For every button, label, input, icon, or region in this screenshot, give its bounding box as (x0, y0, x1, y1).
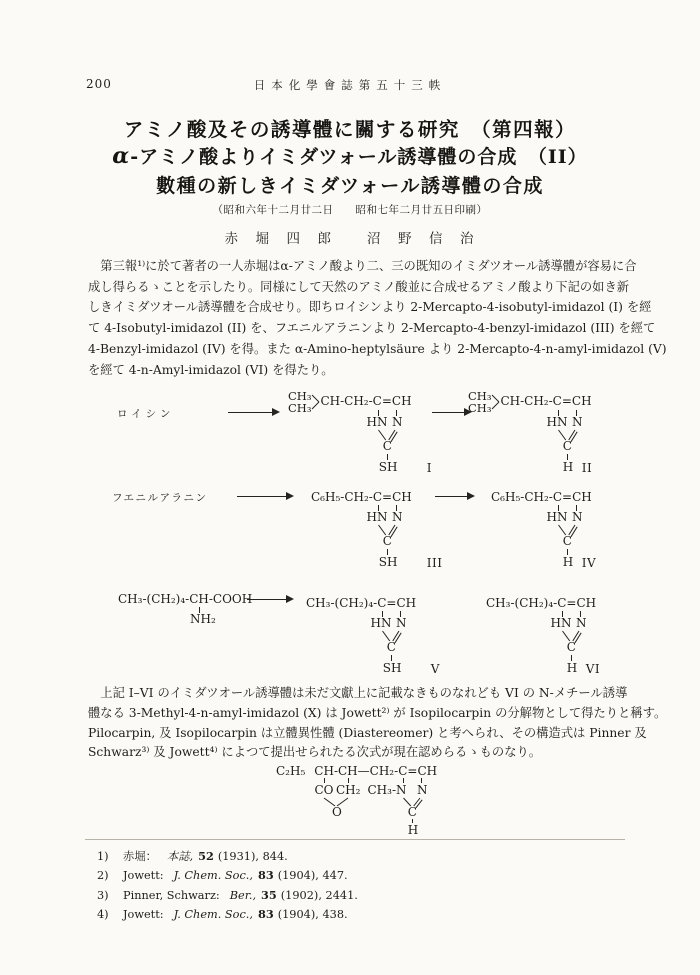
atom-label: C (383, 535, 392, 548)
paragraph-2: 上記 I–VI のイミダツオール誘導體は未だ文獻上に記載なきものなれども VI … (88, 684, 666, 763)
footnote-volume: 35 (261, 886, 277, 905)
atom-label: HN (371, 617, 392, 630)
atom-label: N (572, 416, 583, 429)
atom-label: H (563, 556, 573, 569)
authors: 赤 堀 四 郎沼 野 信 治 (0, 227, 700, 247)
title-line-1: アミノ酸及その誘導體に關する研究 （第四報） (0, 114, 700, 142)
atom-label: HN (367, 416, 388, 429)
author-name-2: 沼 野 信 治 (367, 231, 476, 247)
footnote-volume: 83 (258, 866, 274, 885)
footnote-2: 2)Jowett:J. Chem. Soc.,83(1904), 447. (97, 866, 358, 885)
atom-label: HN (367, 511, 388, 524)
footnote-number: 2) (97, 866, 123, 885)
roman-numeral: II (582, 462, 592, 475)
reaction-arrow (435, 496, 473, 497)
atom-label: HN (547, 416, 568, 429)
structure-III: C₆H₅-CH₂-C=CHHNNCSHIII (311, 490, 412, 504)
structure-VI: CH₃-(CH₂)₄-C=CHHNNCHVI (486, 596, 596, 610)
footnotes: 1)赤堀：本誌,52(1931), 844. 2)Jowett:J. Chem.… (97, 847, 358, 925)
journal-page: 200 日本化學會誌第五十三帙 アミノ酸及その誘導體に關する研究 （第四報） α… (0, 0, 700, 975)
footnote-pages: (1904), 438. (278, 905, 348, 924)
footnote-journal: Ber., (230, 886, 256, 905)
reactant-label-phenylalanine: フエニルアラニン (112, 490, 207, 505)
footnote-volume: 52 (198, 847, 214, 866)
atom-label: C (567, 641, 576, 654)
atom-label: SH (379, 556, 398, 569)
atom-label: CO (315, 784, 334, 797)
atom-label: H (408, 824, 418, 837)
atom-label: N (392, 416, 403, 429)
footnote-number: 4) (97, 905, 123, 924)
atom-label: N (572, 511, 583, 524)
structure-amino-acid: CH₃-(CH₂)₄-CH-COOHNH₂ (118, 592, 252, 606)
footnote-pages: (1931), 844. (218, 847, 288, 866)
roman-numeral: I (427, 462, 432, 475)
atom-label: SH (383, 662, 402, 675)
footnote-rule (85, 839, 625, 840)
footnote-journal: J. Chem. Soc., (174, 905, 253, 924)
title-line-3: 數種の新しきイミダツォール誘導體の合成 (0, 171, 700, 198)
atom-label: N (576, 617, 587, 630)
atom-label: N (392, 511, 403, 524)
footnote-number: 3) (97, 886, 123, 905)
paragraph-1: 第三報¹⁾に於て著者の一人赤堀はα-アミノ酸より二、三の既知のイミダツオール誘導… (88, 256, 667, 380)
footnote-author: Pinner, Schwarz: (123, 886, 220, 905)
alpha-symbol: α (112, 143, 130, 169)
atom-label: SH (379, 461, 398, 474)
atom-label: C (383, 440, 392, 453)
reaction-arrow (228, 412, 278, 413)
footnote-journal: J. Chem. Soc., (174, 866, 253, 885)
reaction-arrow (247, 599, 292, 600)
dateline: （昭和六年十二月廿二日 昭和七年二月廿五日印刷） (0, 202, 700, 217)
atom-label: H (567, 662, 577, 675)
atom-label: C (563, 535, 572, 548)
atom-label: C (408, 806, 417, 819)
footnote-number: 1) (97, 847, 123, 866)
reaction-arrow (237, 496, 292, 497)
atom-label: C (563, 440, 572, 453)
author-name-1: 赤 堀 四 郎 (225, 231, 334, 247)
atom-label: N (396, 617, 407, 630)
footnote-pages: (1902), 2441. (281, 886, 358, 905)
atom-label: C (387, 641, 396, 654)
footnote-author: 赤堀： (123, 847, 157, 866)
footnote-volume: 83 (258, 905, 274, 924)
atom-label: N (417, 784, 428, 797)
reactant-label-leucine: ロイシン (117, 406, 174, 421)
atom-label: CH₂ (336, 784, 360, 797)
atom-label: HN (547, 511, 568, 524)
structure-pilocarpine: C₂H₅CH-CH—CH₂-C=CHCOCH₂CH₃-NNOCH (276, 764, 437, 778)
roman-numeral: VI (586, 663, 600, 676)
atom-label: H (563, 461, 573, 474)
footnote-1: 1)赤堀：本誌,52(1931), 844. (97, 847, 358, 866)
structure-I: CH₃CH₃CH-CH₂-C=CHHNNCSHI (288, 388, 412, 414)
structure-II: CH₃CH₃CH-CH₂-C=CHHNNCHII (468, 388, 592, 414)
structure-V: CH₃-(CH₂)₄-C=CHHNNCSHV (306, 596, 416, 610)
title-line-2-text: -アミノ酸よりイミダツォール誘導體の合成 （II） (130, 146, 587, 168)
footnote-3: 3)Pinner, Schwarz:Ber.,35(1902), 2441. (97, 886, 358, 905)
atom-label: HN (551, 617, 572, 630)
atom-label: O (332, 806, 342, 819)
structure-IV: C₆H₅-CH₂-C=CHHNNCHIV (491, 490, 592, 504)
footnote-pages: (1904), 447. (278, 866, 348, 885)
atom-label: CH₃-N (368, 784, 407, 797)
roman-numeral: V (431, 663, 440, 676)
footnote-4: 4)Jowett:J. Chem. Soc.,83(1904), 438. (97, 905, 358, 924)
roman-numeral: IV (582, 557, 596, 570)
roman-numeral: III (427, 557, 443, 570)
footnote-author: Jowett: (123, 866, 164, 885)
reaction-arrow (432, 412, 470, 413)
atom-label: NH₂ (190, 613, 216, 626)
title-line-2: α-アミノ酸よりイミダツォール誘導體の合成 （II） (0, 142, 700, 169)
footnote-journal: 本誌, (167, 847, 193, 866)
journal-header: 日本化學會誌第五十三帙 (0, 77, 700, 93)
footnote-author: Jowett: (123, 905, 164, 924)
